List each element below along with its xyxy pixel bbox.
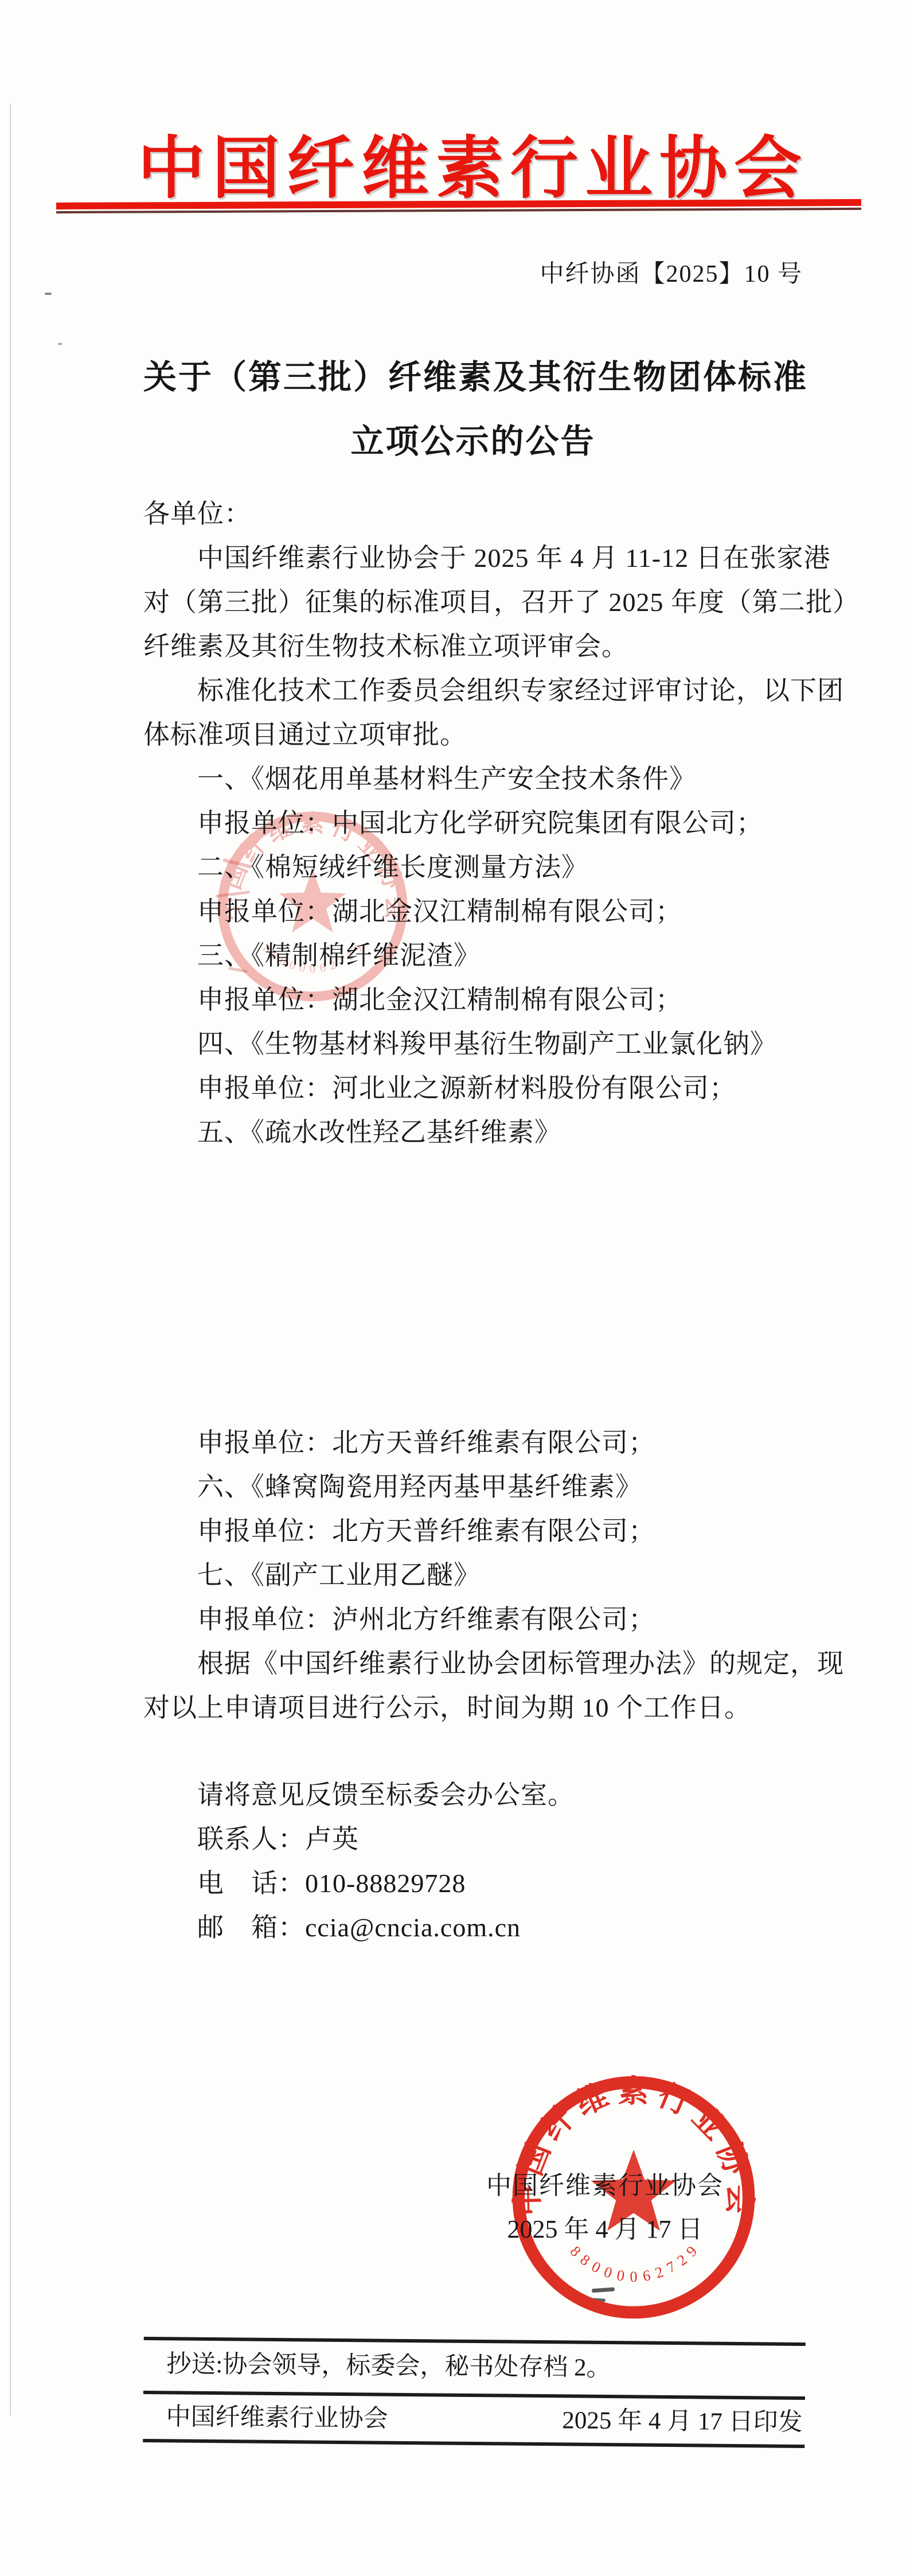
footer-print-date: 2025 年 4 月 17 日印发: [562, 2400, 803, 2443]
footer-cc-line: 抄送:协会领导，标委会，秘书处存档 2。: [166, 2344, 803, 2391]
footer-issue-row: 中国纤维素行业协会 2025 年 4 月 17 日印发: [166, 2396, 803, 2443]
footer: 抄送:协会领导，标委会，秘书处存档 2。 中国纤维素行业协会 2025 年 4 …: [0, 0, 910, 2576]
footer-issuer: 中国纤维素行业协会: [166, 2396, 388, 2439]
document-page: 中国纤维素行业协会 中纤协函【2025】10 号 关于（第三批）纤维素及其衍生物…: [0, 0, 910, 2576]
